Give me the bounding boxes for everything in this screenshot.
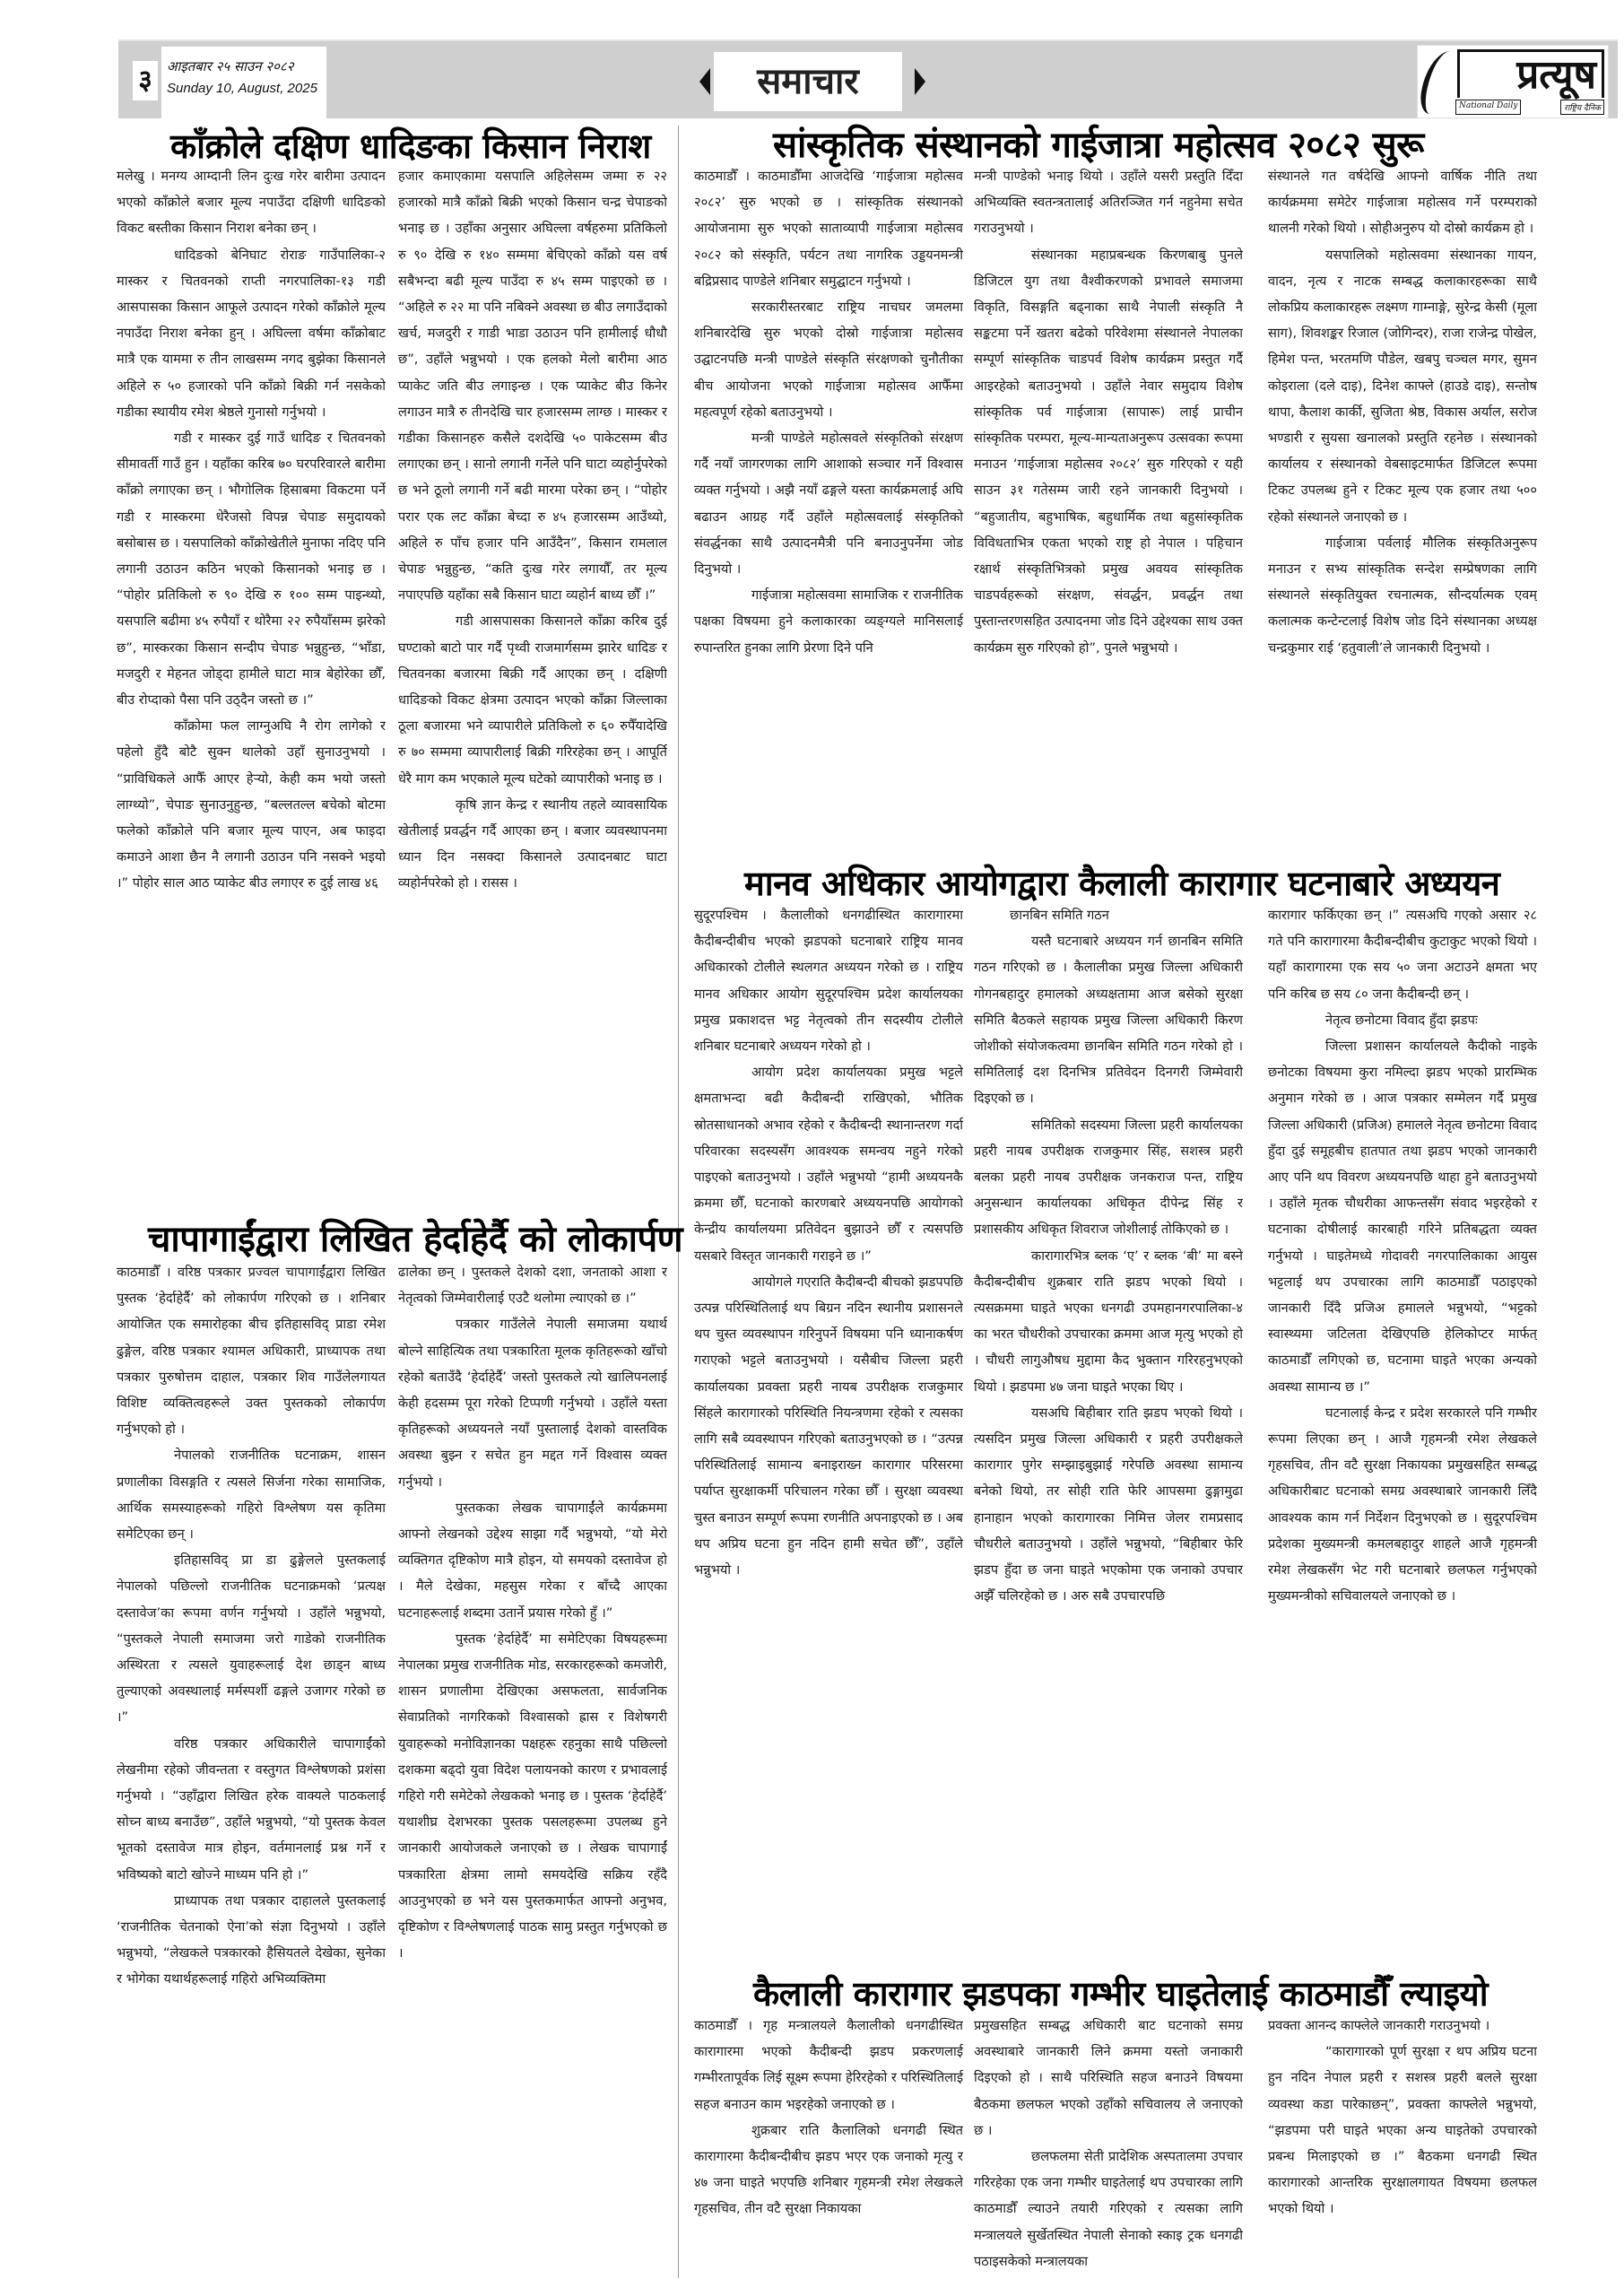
article-book-col2: ढालेका छन् । पुस्तकले देशको दशा, जनताको … [398,1259,667,2282]
paragraph: “कारागारको पूर्ण सुरक्षा र थप अप्रिय घटन… [1268,2039,1537,2222]
article-gaijatra-col2: मन्त्री पाण्डेको भनाइ थियो । उहाँले यसरी… [974,163,1243,854]
paragraph: पुस्तकका लेखक चापागाईंले कार्यक्रममा आफ्… [398,1495,667,1626]
paragraph: मन्त्री पाण्डेको भनाइ थियो । उहाँले यसरी… [974,163,1243,242]
paragraph: यसअघि बिहीबार राति झडप भएको थियो । त्यसद… [974,1400,1243,1610]
paragraph: मन्त्री पाण्डेले महोत्सवले संस्कृतिको सं… [694,425,963,582]
headline-book: चापागाईंद्वारा लिखित हेर्दाहेर्दै को लोक… [148,1213,682,1262]
paragraph: काठमाडौँ । गृह मन्त्रालयले कैलालीको धनगढ… [694,2013,963,2118]
article-injured-col2: प्रमुखसहित सम्बद्ध अधिकारी बाट घटनाको सम… [974,2013,1243,2282]
paragraph: नेपालको राजनीतिक घटनाक्रम, शासन प्रणालीक… [117,1442,386,1547]
paragraph: सरकारीस्तरबाट राष्ट्रिय नाचघर जमलमा शनिब… [694,294,963,425]
column-divider [678,126,679,2278]
logo-tag-english: National Daily [1455,100,1521,115]
paragraph: काठमाडौँ । वरिष्ठ पत्रकार प्रज्वल चापागा… [117,1259,386,1442]
paragraph: धादिङको बेनिघाट रोराङ गाउँपालिका-२ मास्क… [117,242,386,425]
paragraph: शुक्रबार राति कैलालिको धनगढी स्थित काराग… [694,2118,963,2222]
paragraph: ढालेका छन् । पुस्तकले देशको दशा, जनताको … [398,1259,667,1311]
paragraph: गाईजात्रा महोत्सवमा सामाजिक र राजनीतिक प… [694,582,963,661]
article-gaijatra-col1: काठमाडौँ । काठमाडौँमा आजदेखि ‘गाईजात्रा … [694,163,963,854]
subheading: नेतृत्व छनोटमा विवाद हुँदा झडपः [1268,1007,1537,1033]
date-box: आइतबार २५ साउन २०८२ Sunday 10, August, 2… [161,47,326,118]
article-cucumber-col2: हजार कमाएकामा यसपालि अहिलेसम्म जम्मा रु … [398,163,667,1195]
newspaper-logo: प्रत्यूष National Daily राष्ट्रिय दैनिक [1417,45,1609,118]
article-cucumber-col1: मलेखु । मनग्य आम्दानी लिन दुःख गरेर बारी… [117,163,386,1195]
paragraph: गाईजात्रा पर्वलाई मौलिक संस्कृतिअनुरूप म… [1268,530,1537,661]
page-number: ३ [133,61,158,100]
paragraph: प्रमुखसहित सम्बद्ध अधिकारी बाट घटनाको सम… [974,2013,1243,2144]
section-label: समाचार [699,52,925,111]
paragraph: पुस्तक ‘हेर्दाहेर्दै’ मा समेटिएका विषयहर… [398,1626,667,1967]
paragraph: गडी र मास्कर दुई गाउँ धादिङ र चितवनको सी… [117,425,386,713]
article-nhrc-col2: छानबिन समिति गठन यस्तै घटनाबारे अध्ययन ग… [974,902,1243,1970]
date-nepali: आइतबार २५ साउन २०८२ [167,56,321,77]
article-nhrc-col1: सुदूरपश्चिम । कैलालीको धनगढीस्थित कारागा… [694,902,963,1970]
paragraph: कारागार फर्किएका छन् ।” त्यसअघि गएको असा… [1268,902,1537,1007]
section-title: समाचार [714,52,902,111]
masthead-bar: ३ आइतबार २५ साउन २०८२ Sunday 10, August,… [118,39,1618,118]
paragraph: समितिको सदस्यमा जिल्ला प्रहरी कार्यालयका… [974,1112,1243,1243]
paragraph: हजार कमाएकामा यसपालि अहिलेसम्म जम्मा रु … [398,163,667,608]
paragraph: वरिष्ठ पत्रकार अधिकारीले चापागाईंको लेखन… [117,1731,386,1888]
paragraph: यस्तै घटनाबारे अध्ययन गर्न छानबिन समिति … [974,928,1243,1111]
headline-nhrc: मानव अधिकार आयोगद्वारा कैलाली कारागार घट… [744,859,1499,906]
headline-cucumber: काँक्रोले दक्षिण धादिङका किसान निराश [170,122,651,169]
logo-tag-nepali: राष्ट्रिय दैनिक [1560,100,1604,115]
paragraph: संस्थानले गत वर्षदेखि आफ्नो वार्षिक नीति… [1268,163,1537,242]
paragraph: संस्थानका महाप्रबन्धक किरणबाबु पुनले डिज… [974,242,1243,661]
paragraph: यसपालिको महोत्सवमा संस्थानका गायन, वादन,… [1268,242,1537,530]
article-injured-col3: प्रवक्ता आनन्द काफ्लेले जानकारी गराउनुभय… [1268,2013,1537,2282]
headline-injured: कैलाली कारागार झडपका गम्भीर घाइतेलाई काठ… [753,1970,1488,2016]
paragraph: इतिहासविद् प्रा डा ढुङ्गेलले पुस्तकलाई न… [117,1547,386,1730]
paragraph: मलेखु । मनग्य आम्दानी लिन दुःख गरेर बारी… [117,163,386,242]
paragraph: कारागारभित्र ब्लक ‘ए’ र ब्लक ‘बी’ मा बस्… [974,1243,1243,1400]
paragraph: काँक्रोमा फल लाग्नुअघि नै रोग लागेको र प… [117,713,386,896]
paragraph: सुदूरपश्चिम । कैलालीको धनगढीस्थित कारागा… [694,902,963,1059]
headline-gaijatra: सांस्कृतिक संस्थानको गाईजात्रा महोत्सव २… [773,118,1424,168]
arrow-left-icon [699,68,710,95]
paragraph: जिल्ला प्रशासन कार्यालयले कैदीको नाइके छ… [1268,1033,1537,1400]
article-book-col1: काठमाडौँ । वरिष्ठ पत्रकार प्रज्वल चापागा… [117,1259,386,2282]
logo-title: प्रत्यूष [1457,49,1604,98]
arrow-right-icon [915,68,925,95]
article-injured-col1: काठमाडौँ । गृह मन्त्रालयले कैलालीको धनगढ… [694,2013,963,2282]
paragraph: आयोग प्रदेश कार्यालयका प्रमुख भट्टले क्ष… [694,1059,963,1269]
paragraph: गडी आसपासका किसानले काँक्रा करिब दुई घण्… [398,608,667,791]
paragraph: आयोगले गएराति कैदीबन्दी बीचको झडपपछि उत्… [694,1269,963,1583]
subheading: छानबिन समिति गठन [974,902,1243,928]
paragraph: छलफलमा सेती प्रादेशिक अस्पतालमा उपचार गर… [974,2144,1243,2274]
paragraph: प्राध्यापक तथा पत्रकार दाहालले पुस्तकलाई… [117,1888,386,1993]
paragraph: काठमाडौँ । काठमाडौँमा आजदेखि ‘गाईजात्रा … [694,163,963,294]
article-gaijatra-col3: संस्थानले गत वर्षदेखि आफ्नो वार्षिक नीति… [1268,163,1537,854]
date-english: Sunday 10, August, 2025 [167,77,321,100]
paragraph: पत्रकार गाउँलेले नेपाली समाजमा यथार्थ बो… [398,1311,667,1494]
paragraph: कृषि ज्ञान केन्द्र र स्थानीय तहले व्यावस… [398,792,667,897]
article-nhrc-col3: कारागार फर्किएका छन् ।” त्यसअघि गएको असा… [1268,902,1537,1970]
paragraph: घटनालाई केन्द्र र प्रदेश सरकारले पनि गम्… [1268,1400,1537,1610]
paragraph: प्रवक्ता आनन्द काफ्लेले जानकारी गराउनुभय… [1268,2013,1537,2039]
